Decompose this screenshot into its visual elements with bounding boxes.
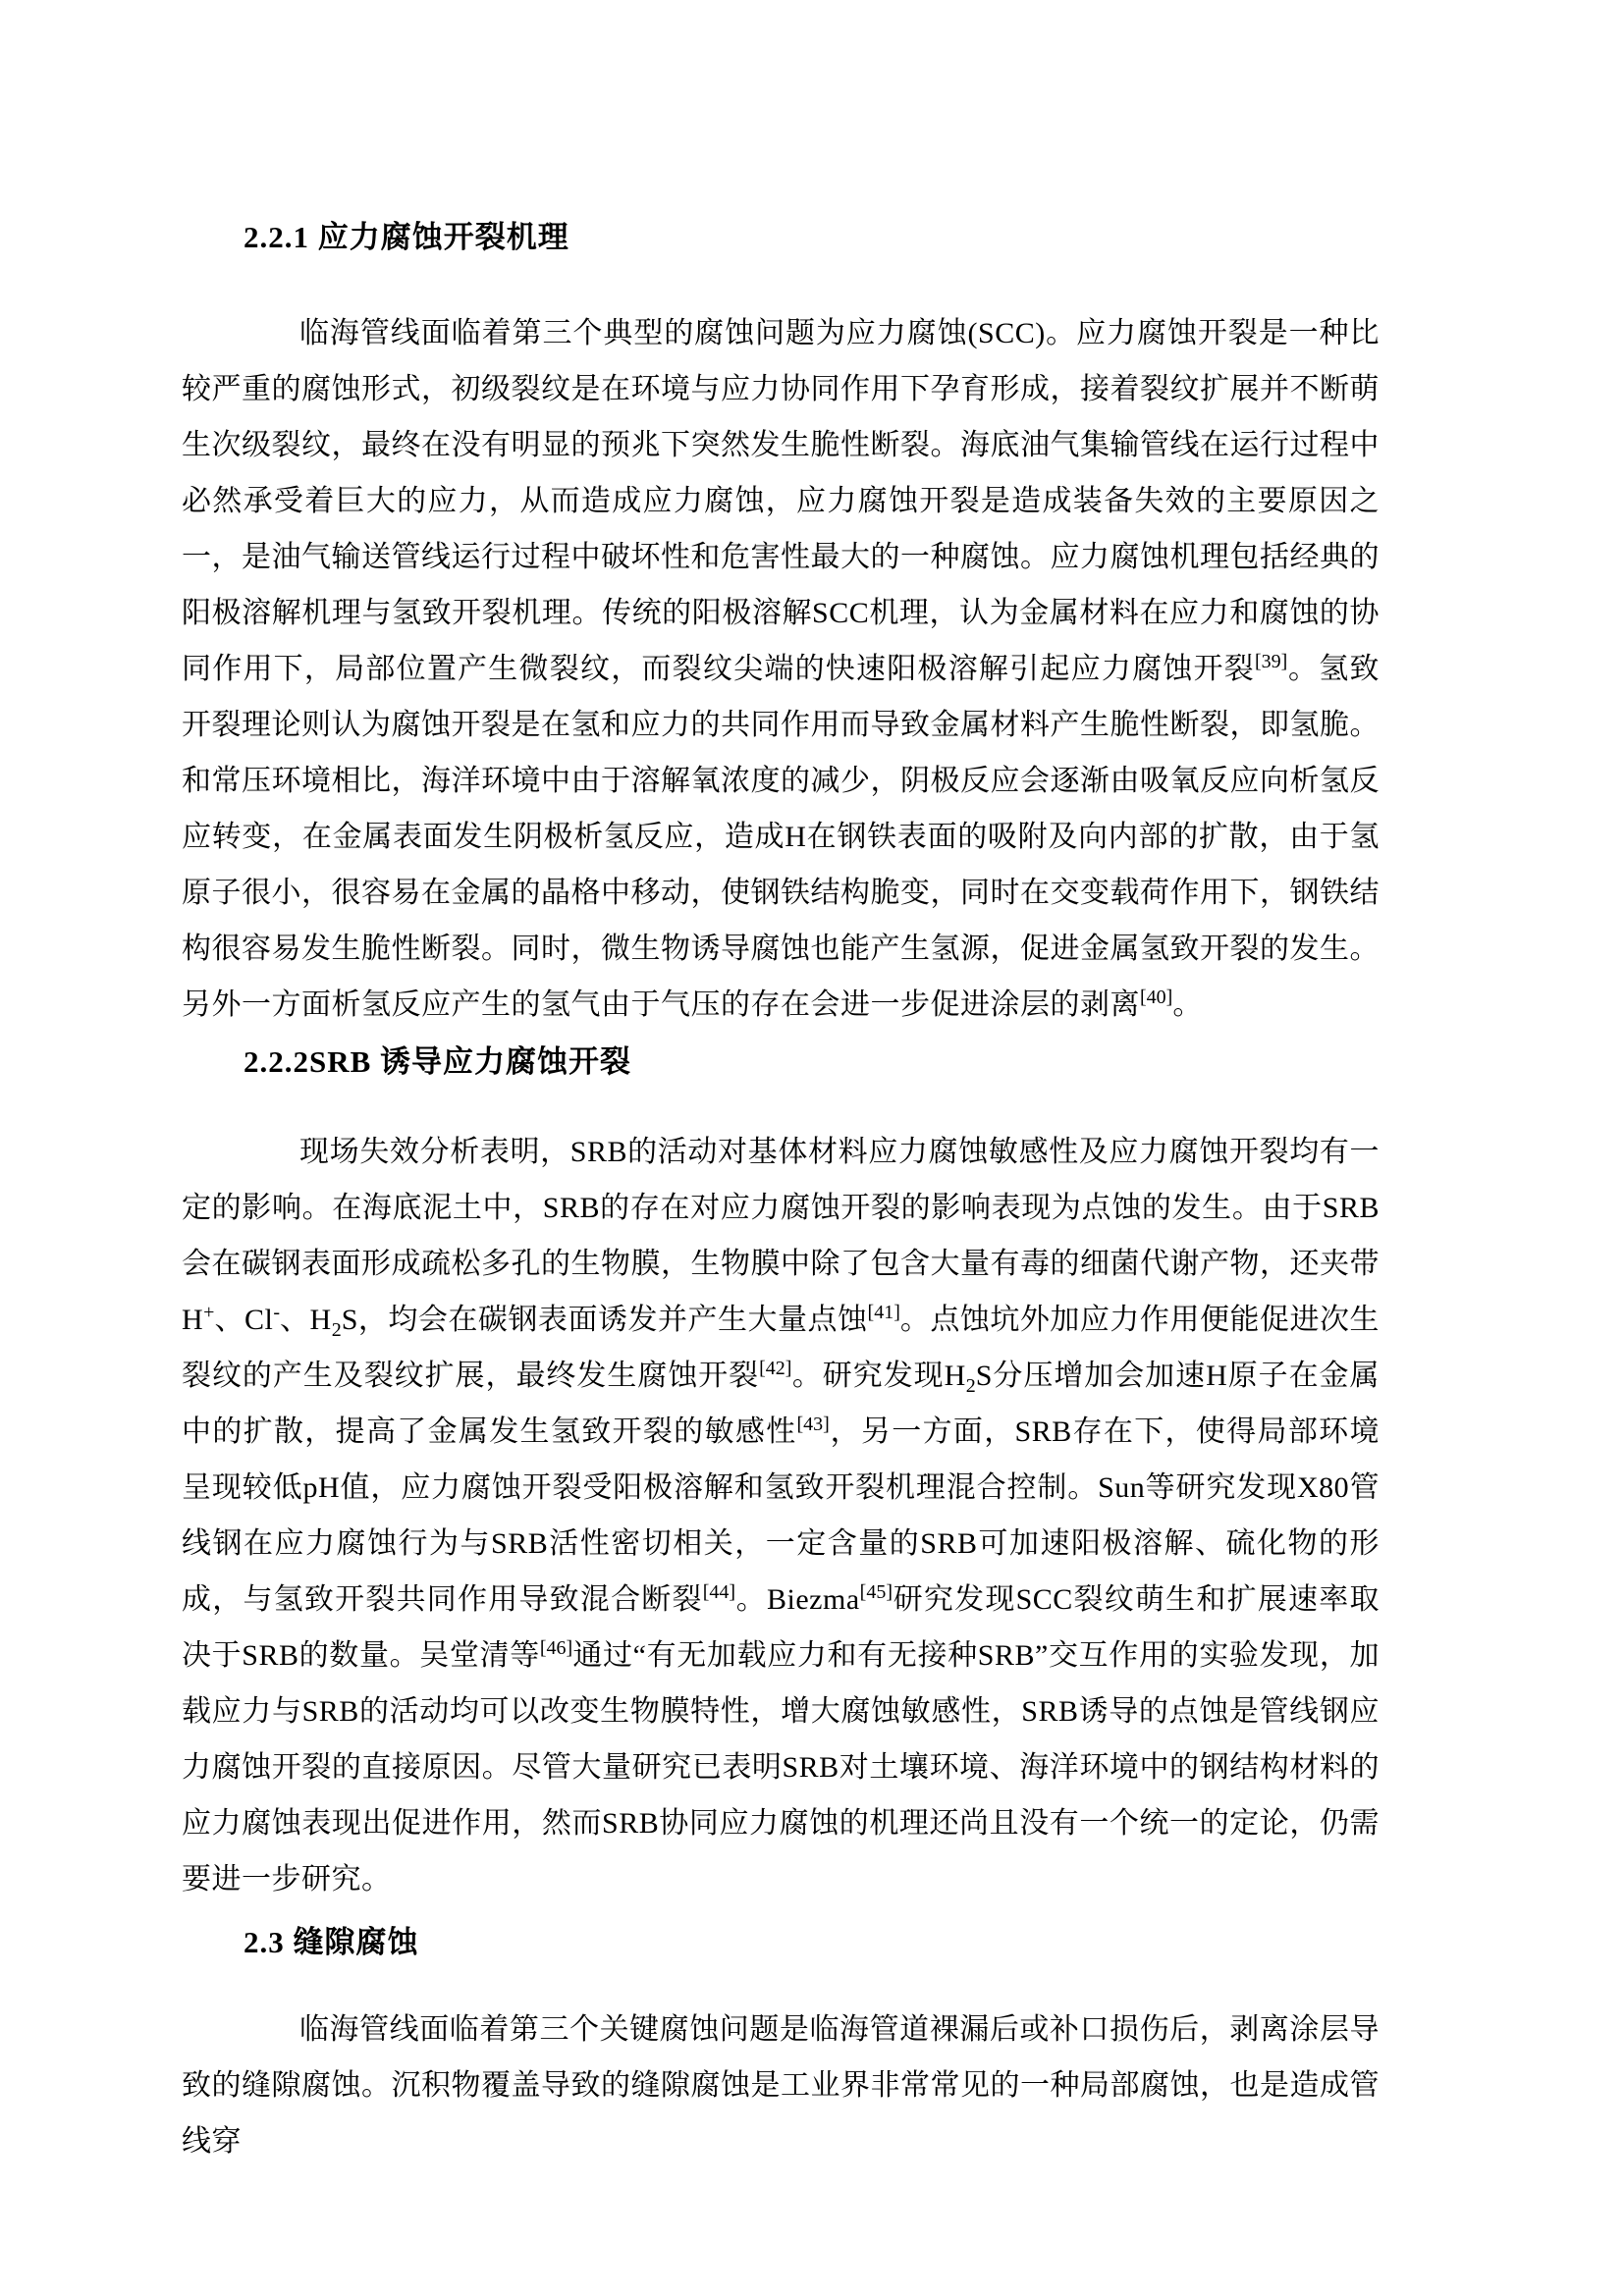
chemical-subscript: 2 bbox=[966, 1375, 976, 1397]
citation-reference: [45] bbox=[860, 1581, 893, 1603]
text-run: 。氢致开裂理论则认为腐蚀开裂是在氢和应力的共同作用而导致金属材料产生脆性断裂，即… bbox=[182, 653, 1380, 1021]
paragraph: 临海管线面临着第三个典型的腐蚀问题为应力腐蚀(SCC)。应力腐蚀开裂是一种比较严… bbox=[182, 305, 1380, 1033]
citation-reference: [43] bbox=[796, 1414, 829, 1435]
text-run: 。 bbox=[1172, 988, 1203, 1021]
superscript-ion-charge: + bbox=[203, 1302, 214, 1323]
section-heading: 2.2.1 应力腐蚀开裂机理 bbox=[244, 216, 1380, 259]
superscript-ion-charge: - bbox=[273, 1302, 280, 1323]
citation-reference: [39] bbox=[1255, 651, 1287, 672]
text-run: S，均会在碳钢表面诱发并产生大量点蚀 bbox=[342, 1304, 868, 1336]
section-heading: 2.3 缝隙腐蚀 bbox=[244, 1921, 1380, 1964]
citation-reference: [41] bbox=[868, 1302, 900, 1323]
chemical-subscript: 2 bbox=[332, 1319, 342, 1341]
text-run: 。Biezma bbox=[735, 1583, 860, 1616]
section-heading: 2.2.2SRB 诱导应力腐蚀开裂 bbox=[244, 1041, 1380, 1084]
document-page: 2.2.1 应力腐蚀开裂机理临海管线面临着第三个典型的腐蚀问题为应力腐蚀(SCC… bbox=[0, 0, 1624, 2296]
text-run: 、Cl bbox=[214, 1304, 273, 1336]
text-run: 通过“有无加载应力和有无接种SRB”交互作用的实验发现，加载应力与SRB的活动均… bbox=[182, 1639, 1380, 1896]
document-content: 2.2.1 应力腐蚀开裂机理临海管线面临着第三个典型的腐蚀问题为应力腐蚀(SCC… bbox=[182, 0, 1380, 2169]
text-run: 临海管线面临着第三个关键腐蚀问题是临海管道裸漏后或补口损伤后，剥离涂层导致的缝隙… bbox=[182, 2013, 1380, 2158]
paragraph: 临海管线面临着第三个关键腐蚀问题是临海管道裸漏后或补口损伤后，剥离涂层导致的缝隙… bbox=[182, 2002, 1380, 2169]
text-run: 、H bbox=[280, 1304, 332, 1336]
citation-reference: [44] bbox=[703, 1581, 735, 1603]
text-run: 临海管线面临着第三个典型的腐蚀问题为应力腐蚀(SCC)。应力腐蚀开裂是一种比较严… bbox=[182, 317, 1380, 685]
citation-reference: [46] bbox=[540, 1637, 572, 1659]
text-run: 。研究发现H bbox=[791, 1360, 965, 1392]
citation-reference: [42] bbox=[759, 1358, 791, 1379]
citation-reference: [40] bbox=[1140, 987, 1172, 1008]
paragraph: 现场失效分析表明，SRB的活动对基体材料应力腐蚀敏感性及应力腐蚀开裂均有一定的影… bbox=[182, 1124, 1380, 1907]
